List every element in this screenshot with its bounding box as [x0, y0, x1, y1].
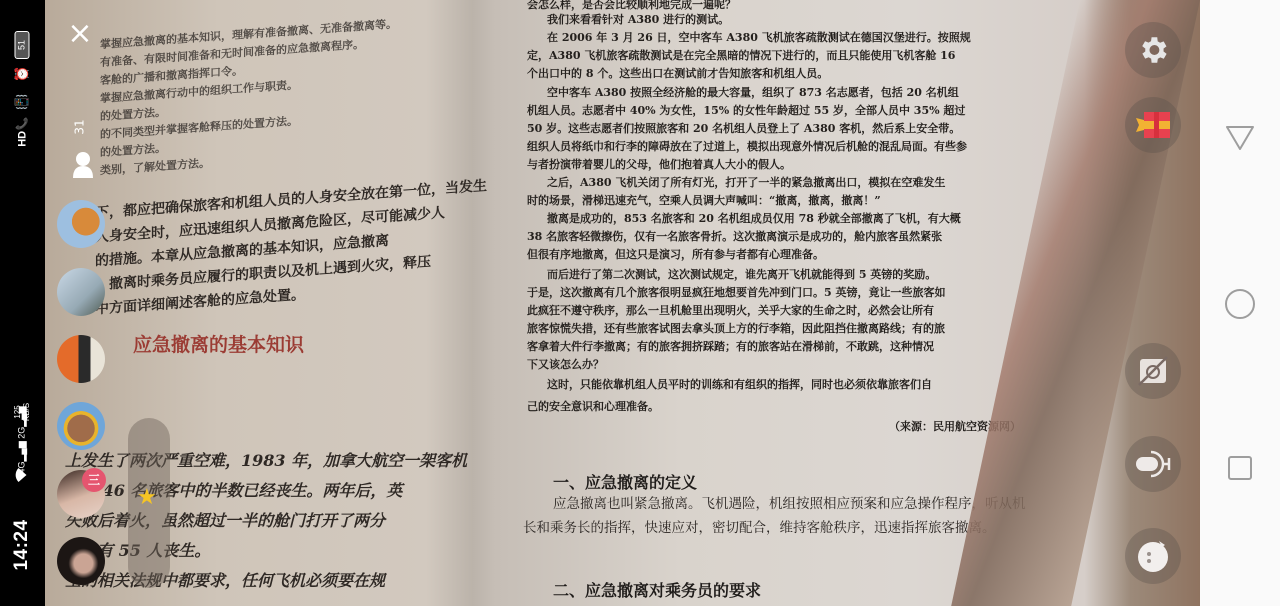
right-page-line: 己的安全意识和心理准备。	[527, 398, 659, 414]
viewer-avatar[interactable]	[57, 335, 105, 383]
home-button[interactable]	[1224, 288, 1256, 320]
battery-icon: 51	[15, 31, 30, 59]
face-icon	[1135, 538, 1171, 574]
microphone-icon	[1133, 448, 1173, 480]
vibrate-icon: 📳	[14, 94, 30, 110]
right-page-line: 组织人员将纸巾和行李的障碍放在了过道上，模拟出现意外情况后机舱的混乱局面。有些参	[527, 138, 967, 154]
gift-button[interactable]	[1125, 97, 1181, 153]
person-icon	[70, 150, 96, 180]
right-page-line: 此疯狂不遵守秩序，那么一旦机舱里出现明火，关乎大家的生命之时，必然会让所有	[527, 302, 934, 318]
right-page-line: 空中客车 A380 按照全经济舱的最大容量，组织了 873 名志愿者，包括 20…	[547, 84, 959, 100]
viewer-count[interactable]: 31	[54, 110, 110, 190]
right-page-line: 这时，只能依靠机组人员平时的训练和有组织的指挥，同时也必须依靠旅客们自	[547, 376, 932, 392]
triangle-back-icon	[1225, 124, 1255, 152]
gear-icon	[1136, 33, 1170, 67]
right-page-line: 时的场景，滑梯迅速充气，空乘人员调大声喊叫：“撤离，撤离，撤离！”	[527, 192, 881, 208]
viewer-count-number: 31	[73, 119, 87, 134]
alarm-icon: ⏰	[14, 66, 30, 82]
live-stream-video: 掌握应急撤离的基本知识，理解有准备撤离、无准备撤离等。 有准备、有限时间准备和无…	[45, 0, 1200, 606]
star-icon: ★	[137, 485, 157, 510]
emoji-button[interactable]	[1125, 528, 1181, 584]
camera-off-icon	[1137, 355, 1169, 387]
right-page-line: 下又该怎么办？	[527, 356, 604, 372]
recents-button[interactable]	[1224, 452, 1256, 484]
right-page-line: 定，A380 飞机旅客疏散测试是在完全黑暗的情况下进行的，而且只能使用飞机客舱 …	[527, 47, 955, 63]
mic-button[interactable]	[1125, 436, 1181, 492]
signal-icon: 4G▂▄▆ 2G▂▄▆	[17, 407, 28, 474]
right-page-line: 在 2006 年 3 月 26 日，空中客车 A380 飞机旅客疏散测试在德国汉…	[547, 29, 971, 45]
left-page-line: 空的相关法规中都要求，任何飞机必须要在规	[65, 568, 385, 591]
section-heading-basic-knowledge: 应急撤离的基本知识	[133, 330, 304, 357]
clock: 14:24	[11, 519, 33, 570]
back-button[interactable]	[1224, 122, 1256, 154]
right-page-line: 50 岁。这些志愿者们按照旅客和 20 名机组人员登上了 A380 客机，然后系…	[527, 120, 960, 136]
right-page-line: 长和乘务长的指挥，快速应对，密切配合，维持客舱秩序，迅速指挥旅客撤离。	[523, 516, 996, 536]
right-page-line: 应急撤离也叫紧急撤离。飞机遇险，机组按照相应预案和应急操作程序，听从机	[553, 492, 1026, 512]
right-page-line: 之后，A380 飞机关闭了所有灯光，打开了一半的紧急撤离出口，模拟在空难发生	[547, 174, 945, 190]
right-page-line: 但很有序地撤离，但这只是演习，所有参与者都有心理准备。	[527, 246, 824, 262]
status-bar: 51 ⏰ 📳 HD📞 125KB/S 4G▂▄▆ 2G▂▄▆ 14:24	[0, 0, 45, 606]
settings-button[interactable]	[1125, 22, 1181, 78]
close-button[interactable]: ×	[64, 18, 96, 50]
right-page-line: 旅客惊慌失措，还有些旅客试图去拿头顶上方的行李箱，因此阻挡住撤离路线；有的旅	[527, 320, 945, 336]
viewer-badge: 三	[82, 468, 106, 492]
right-page-line: 38 名旅客轻微擦伤，仅有一名旅客骨折。这次撤离演示是成功的，舱内旅客虽然紧张	[527, 228, 942, 244]
left-page-line: 舱内 46 名旅客中的半数已经丧生。两年后，英	[65, 478, 402, 501]
right-page-line: 与者扮演带着婴儿的父母，他们抱着真人大小的假人。	[527, 156, 791, 172]
gift-icon	[1134, 108, 1172, 142]
network-4g-label: 4G	[17, 461, 27, 473]
section-heading-requirements: 二、应急撤离对乘务员的要求	[553, 578, 761, 601]
viewer-avatar[interactable]	[57, 200, 105, 248]
right-page-line: 我们来看看针对 A380 进行的测试。	[547, 11, 729, 27]
viewer-avatar[interactable]	[57, 268, 105, 316]
right-page-line: 撤离是成功的，853 名旅客和 20 名机组成员仅用 78 秒就全部撤离了飞机，…	[547, 210, 961, 226]
right-page-line: 客拿着大件行李撤离；有的旅客拥挤踩踏；有的旅客站在滑梯前，不敢跳，这种情况	[527, 338, 934, 354]
camera-off-button[interactable]	[1125, 343, 1181, 399]
network-2g-label: 2G	[17, 427, 27, 439]
battery-level: 51	[17, 40, 27, 50]
close-icon: ×	[67, 16, 92, 51]
right-page-line: 个出口中的 8 个。这些出口在测试前才告知旅客和机组人员。	[527, 65, 828, 81]
circle-home-icon	[1224, 288, 1256, 320]
right-page-line: 于是，这次撤离有几个旅客很明显疯狂地想要首先冲到门口。5 英镑，竟让一些旅客如	[527, 284, 945, 300]
viewer-avatar[interactable]	[57, 402, 105, 450]
navigation-bar	[1200, 0, 1280, 606]
hd-label: HD	[17, 131, 29, 147]
section-heading-definition: 一、应急撤离的定义	[553, 470, 697, 493]
right-page-line: 而后进行了第二次测试，这次测试规定，谁先离开飞机就能得到 5 英镑的奖励。	[547, 266, 936, 282]
square-recents-icon	[1226, 454, 1254, 482]
hd-voice-icon: HD📞	[16, 117, 29, 147]
right-page-line: 机组人员。志愿者中 40% 为女性，15% 的女性年龄超过 55 岁，全部人员中…	[527, 102, 965, 118]
left-page-line: 上发生了两次严重空难，1983 年，加拿大航空一架客机	[65, 448, 467, 471]
viewer-avatar[interactable]	[57, 537, 105, 585]
left-page-line: 失败后着火，虽然超过一半的舱门打开了两分	[65, 508, 385, 531]
